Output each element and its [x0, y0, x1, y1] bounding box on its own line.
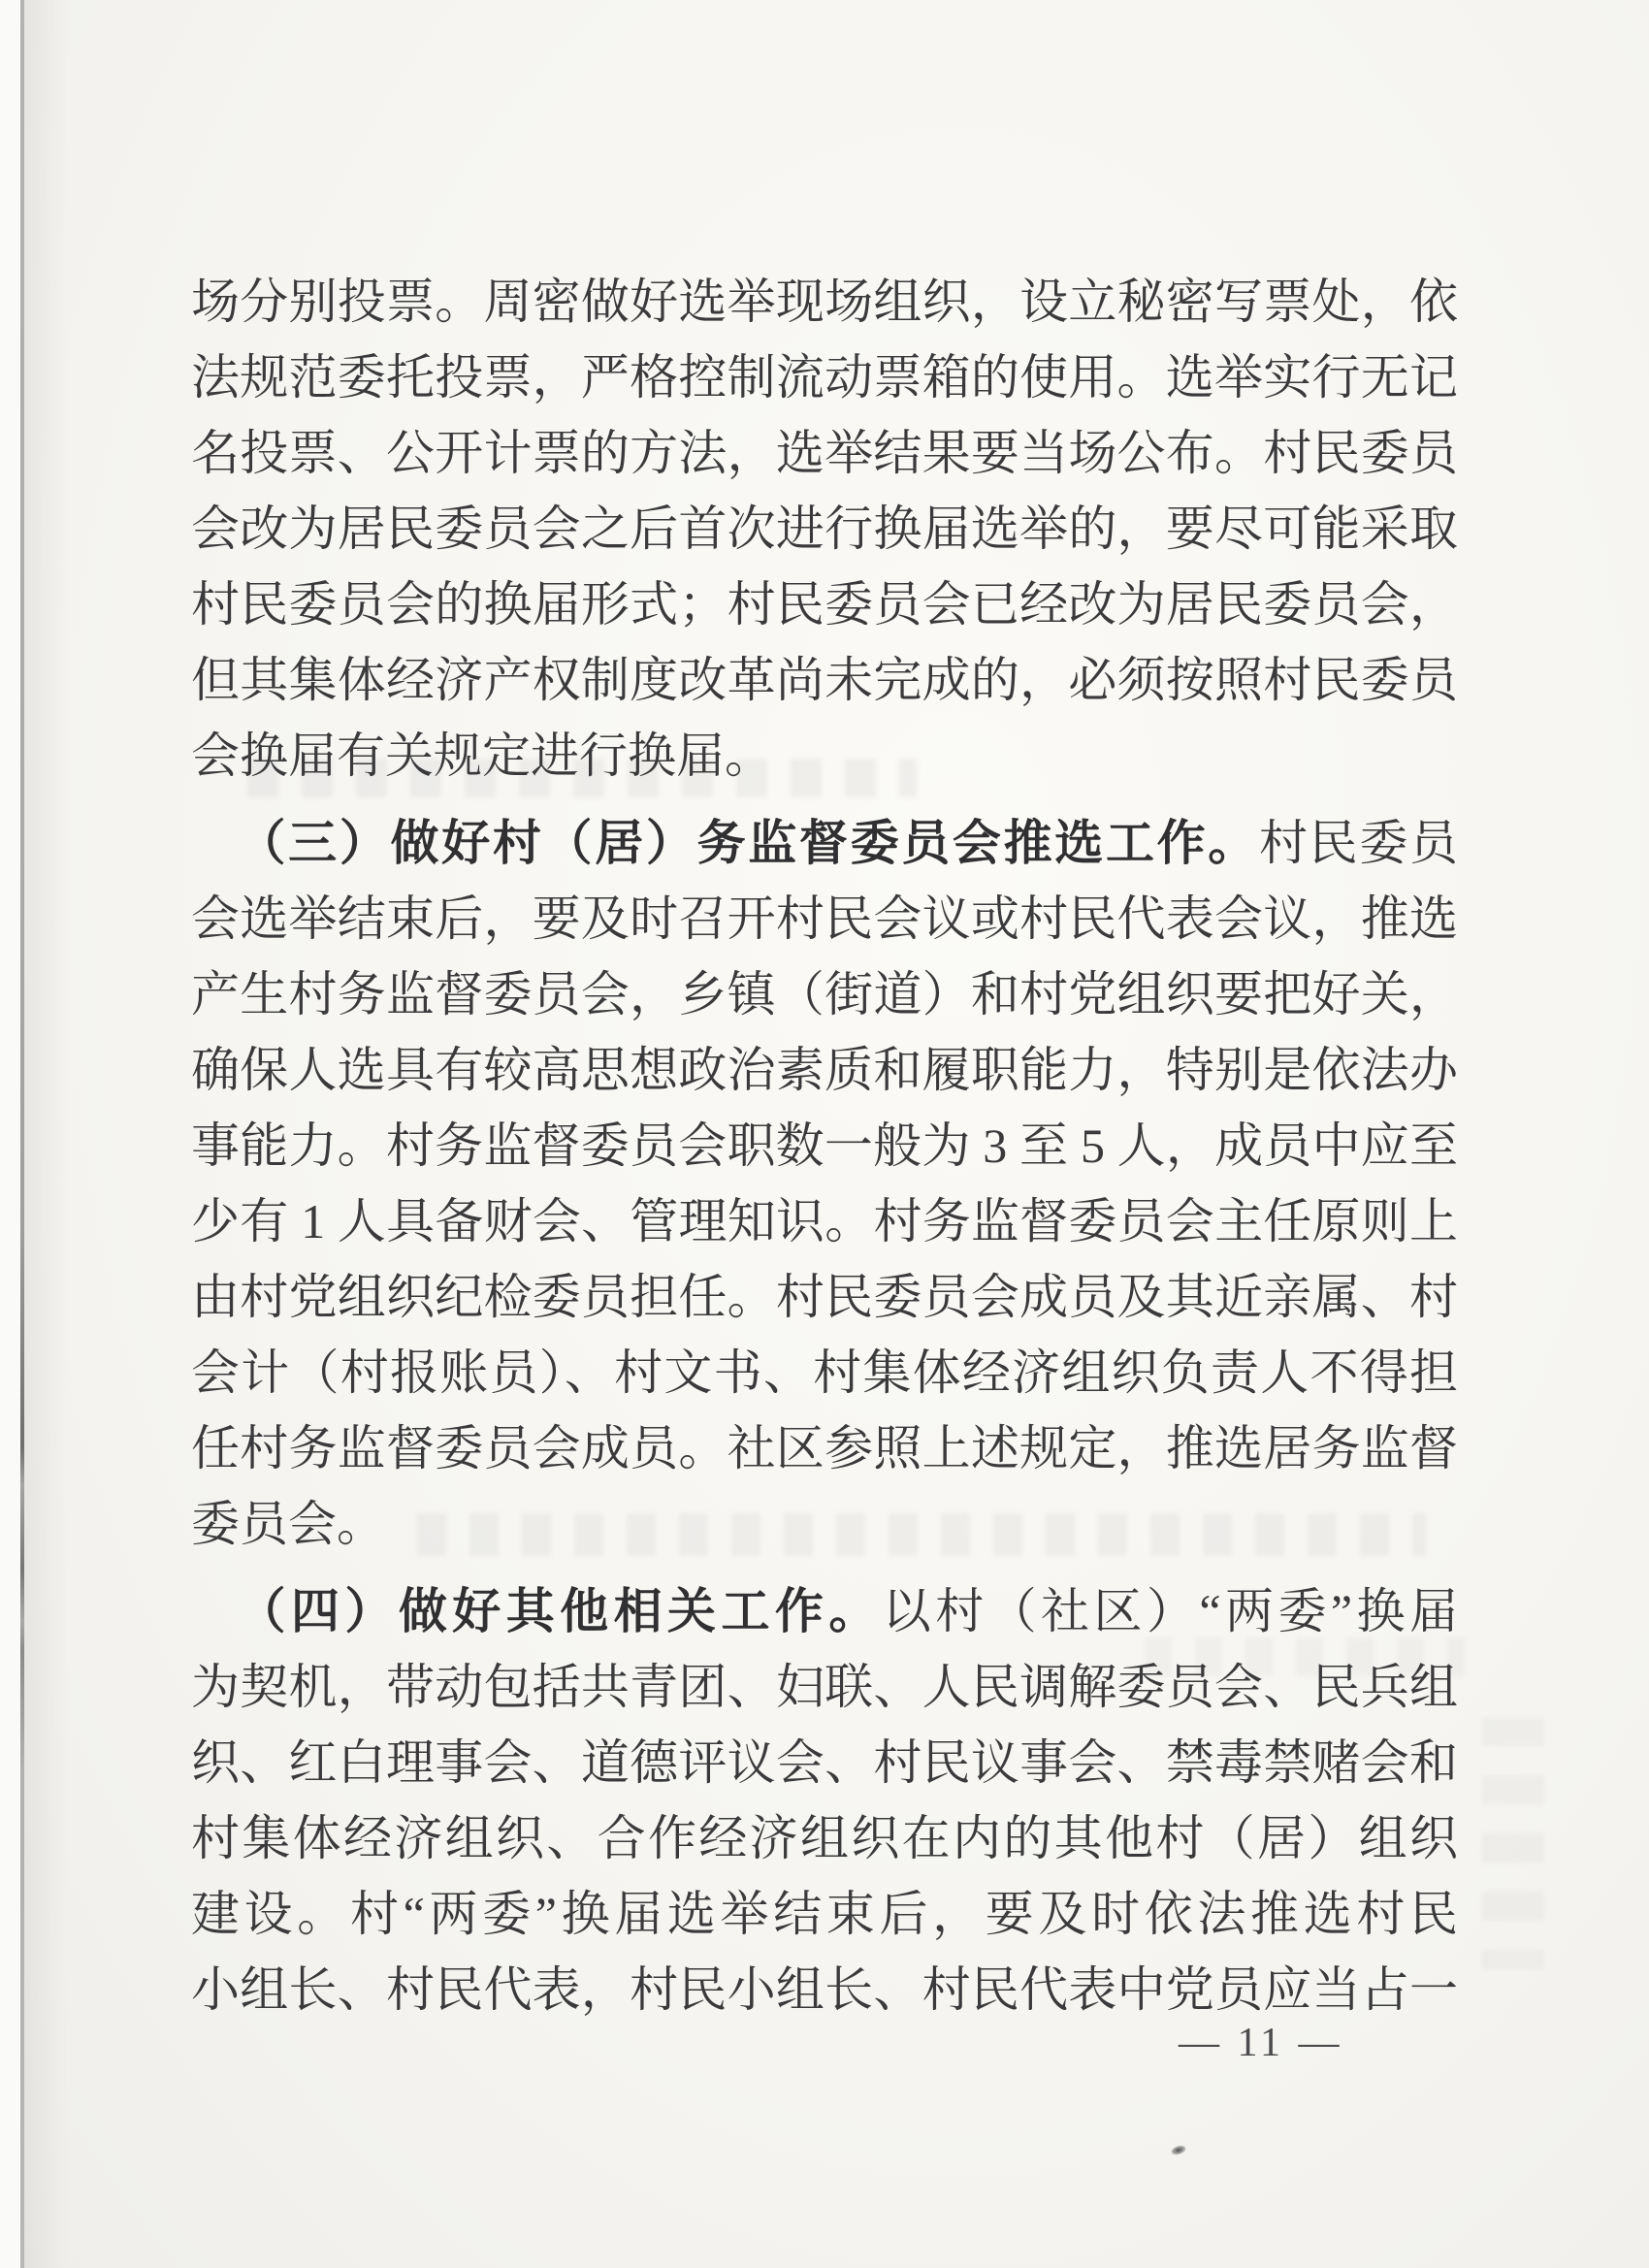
text-line: 任村务监督委员会成员。社区参照上述规定，推选居务监督: [191, 1410, 1458, 1486]
body-text: 村民委员会的换届形式；村民委员会已经改为居民委员会，: [191, 577, 1458, 632]
body-text: 会改为居民委员会之后首次进行换届选举的，要尽可能采取: [191, 502, 1458, 556]
text-line: 会计（村报账员）、村文书、村集体经济组织负责人不得担: [191, 1335, 1458, 1410]
text-line: 事能力。村务监督委员会职数一般为 3 至 5 人，成员中应至: [191, 1108, 1458, 1183]
body-text: 法规范委托投票，严格控制流动票箱的使用。选举实行无记: [191, 350, 1458, 405]
body-text: 会选举结束后，要及时召开村民会议或村民代表会议，推选: [191, 891, 1458, 946]
bleed-through-smudge: [1482, 1717, 1544, 1969]
scan-speck-artifact: [1170, 2144, 1187, 2157]
text-line: 村民委员会的换届形式；村民委员会已经改为居民委员会，: [191, 567, 1458, 642]
text-line: 确保人选具有较高思想政治素质和履职能力，特别是依法办: [191, 1032, 1458, 1108]
document-body: 场分别投票。周密做好选举现场组织，设立秘密写票处，依法规范委托投票，严格控制流动…: [191, 264, 1458, 2027]
text-line: 名投票、公开计票的方法，选举结果要当场公布。村民委员: [191, 415, 1458, 491]
text-line: 会换届有关规定进行换届。: [191, 718, 1458, 794]
text-line: 建设。村“两委”换届选举结束后，要及时依法推选村民: [191, 1876, 1458, 1952]
text-line: 场分别投票。周密做好选举现场组织，设立秘密写票处，依: [191, 264, 1458, 340]
binding-edge-shadow: [24, 0, 69, 2268]
body-text: 场分别投票。周密做好选举现场组织，设立秘密写票处，依: [191, 275, 1458, 329]
section-heading-line: （四）做好其他相关工作。以村（社区）“两委”换届: [191, 1573, 1458, 1649]
body-text: 村民委员: [1259, 816, 1458, 870]
text-line: 会改为居民委员会之后首次进行换届选举的，要尽可能采取: [191, 491, 1458, 567]
text-line: 织、红白理事会、道德评议会、村民议事会、禁毒禁赌会和: [191, 1725, 1458, 1800]
text-line: 小组长、村民代表，村民小组长、村民代表中党员应当占一: [191, 1952, 1458, 2027]
section-heading-line: （三）做好村（居）务监督委员会推选工作。村民委员: [191, 805, 1458, 881]
body-text: 确保人选具有较高思想政治素质和履职能力，特别是依法办: [191, 1043, 1458, 1097]
body-text: 以村（社区）“两委”换届: [883, 1584, 1458, 1638]
body-text: 任村务监督委员会成员。社区参照上述规定，推选居务监督: [191, 1421, 1458, 1475]
text-line: 委员会。: [191, 1486, 1458, 1562]
text-line: 产生村务监督委员会，乡镇（街道）和村党组织要把好关，: [191, 956, 1458, 1032]
body-text: 产生村务监督委员会，乡镇（街道）和村党组织要把好关，: [191, 967, 1458, 1021]
scanned-document-page: 场分别投票。周密做好选举现场组织，设立秘密写票处，依法规范委托投票，严格控制流动…: [0, 0, 1649, 2268]
page-number: — 11 —: [1179, 2020, 1342, 2066]
body-text: 建设。村“两委”换届选举结束后，要及时依法推选村民: [191, 1887, 1458, 1941]
heading-bold-text: （三）做好村（居）务监督委员会推选工作。: [238, 816, 1259, 870]
text-line: 但其集体经济产权制度改革尚未完成的，必须按照村民委员: [191, 642, 1458, 718]
body-text: 少有 1 人具备财会、管理知识。村务监督委员会主任原则上: [191, 1194, 1458, 1248]
page-number-text: — 11 —: [1179, 2021, 1342, 2065]
body-text: 织、红白理事会、道德评议会、村民议事会、禁毒禁赌会和: [191, 1735, 1458, 1790]
body-text: 村集体经济组织、合作经济组织在内的其他村（居）组织: [191, 1811, 1458, 1865]
text-line: 由村党组织纪检委员担任。村民委员会成员及其近亲属、村: [191, 1259, 1458, 1335]
text-line: 为契机，带动包括共青团、妇联、人民调解委员会、民兵组: [191, 1649, 1458, 1725]
body-text: 名投票、公开计票的方法，选举结果要当场公布。村民委员: [191, 426, 1458, 480]
text-line: 少有 1 人具备财会、管理知识。村务监督委员会主任原则上: [191, 1183, 1458, 1259]
text-line: 会选举结束后，要及时召开村民会议或村民代表会议，推选: [191, 881, 1458, 956]
body-text: 会换届有关规定进行换届。: [191, 729, 773, 783]
body-text: 但其集体经济产权制度改革尚未完成的，必须按照村民委员: [191, 653, 1458, 707]
body-text: 委员会。: [191, 1497, 385, 1551]
text-line: 村集体经济组织、合作经济组织在内的其他村（居）组织: [191, 1800, 1458, 1876]
scan-margin-left: [0, 0, 20, 2268]
body-text: 为契机，带动包括共青团、妇联、人民调解委员会、民兵组: [191, 1660, 1458, 1714]
body-text: 事能力。村务监督委员会职数一般为 3 至 5 人，成员中应至: [191, 1118, 1458, 1173]
body-text: 会计（村报账员）、村文书、村集体经济组织负责人不得担: [191, 1345, 1458, 1400]
body-text: 由村党组织纪检委员担任。村民委员会成员及其近亲属、村: [191, 1270, 1458, 1324]
body-text: 小组长、村民代表，村民小组长、村民代表中党员应当占一: [191, 1962, 1458, 2017]
text-line: 法规范委托投票，严格控制流动票箱的使用。选举实行无记: [191, 340, 1458, 415]
heading-bold-text: （四）做好其他相关工作。: [238, 1584, 883, 1638]
